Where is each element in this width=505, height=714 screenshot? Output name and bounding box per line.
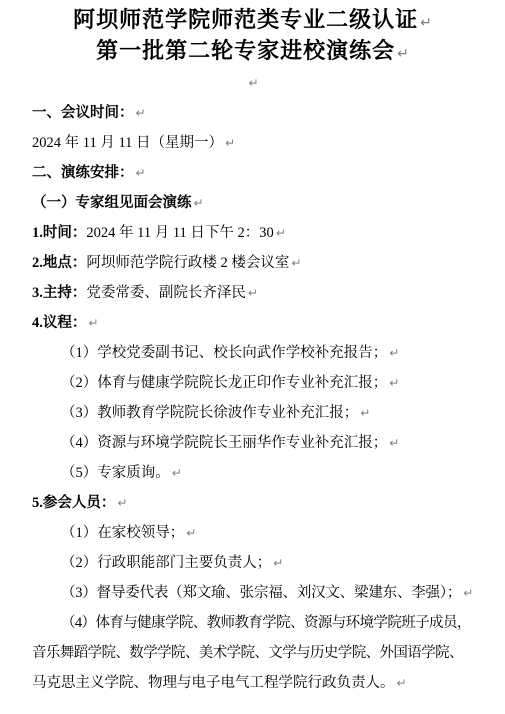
body-text: （5）专家质询。 (61, 465, 170, 481)
participants-item-1: （1）在家校领导；↵ (32, 518, 473, 548)
drill-time: 1.时间：2024 年 11 月 11 日下午 2：30↵ (32, 218, 473, 248)
participants-item-4-line-3: 马克思主义学院、物理与电子电气工程学院行政负责人。↵ (32, 668, 473, 698)
heading-agenda: 4.议程：↵ (32, 308, 473, 338)
agenda-item-1: （1）学校党委副书记、校长向武作学校补充报告；↵ (32, 338, 473, 368)
paragraph-mark: ↵ (360, 406, 370, 420)
paragraph-mark: ↵ (389, 376, 399, 390)
agenda-item-3: （3）教师教育学院院长徐波作专业补充汇报；↵ (32, 398, 473, 428)
paragraph-mark: ↵ (248, 286, 258, 300)
heading-text: （一）专家组见面会演练 (32, 195, 192, 211)
heading-text: 二、演练安排： (32, 165, 134, 181)
paragraph-mark: ↵ (420, 15, 432, 31)
paragraph-mark: ↵ (276, 226, 286, 240)
drill-host: 3.主持：党委常委、副院长齐泽民↵ (32, 278, 473, 308)
body-text: （3）教师教育学院院长徐波作专业补充汇报； (61, 405, 358, 421)
heading-participants: 5.参会人员：↵ (32, 488, 473, 518)
paragraph-mark: ↵ (389, 346, 399, 360)
drill-location: 2.地点：阿坝师范学院行政楼 2 楼会议室↵ (32, 248, 473, 278)
heading-text: 一、会议时间： (32, 105, 134, 121)
heading-meeting-time: 一、会议时间：↵ (32, 98, 473, 128)
paragraph-mark: ↵ (172, 466, 182, 480)
body-text: （2）行政职能部门主要负责人； (61, 555, 271, 571)
paragraph-mark: ↵ (136, 106, 146, 120)
paragraph-mark: ↵ (389, 436, 399, 450)
title-text: 阿坝师范学院师范类专业二级认证 (73, 7, 418, 32)
field-label: 1.时间： (32, 225, 86, 241)
agenda-item-2: （2）体育与健康学院院长龙正印作专业补充汇报；↵ (32, 368, 473, 398)
paragraph-mark: ↵ (88, 316, 98, 330)
field-value: 阿坝师范学院行政楼 2 楼会议室 (86, 255, 289, 271)
agenda-item-5: （5）专家质询。↵ (32, 458, 473, 488)
heading-text: 4.议程： (32, 315, 86, 331)
body-text: 2024 年 11 月 11 日（星期一） (32, 135, 223, 151)
heading-text: 5.参会人员： (32, 495, 115, 511)
participants-item-4-line-2: 音乐舞蹈学院、数学学院、美术学院、文学与历史学院、外国语学院、 (32, 638, 473, 668)
body-text: （3）督导委代表（郑文瑜、张宗福、刘汉文、梁建东、李强）； (61, 585, 461, 601)
paragraph-mark: ↵ (397, 676, 407, 690)
title-text: 第一批第二轮专家进校演练会 (96, 38, 395, 63)
paragraph-mark: ↵ (397, 46, 409, 62)
agenda-item-4: （4）资源与环境学院院长王丽华作专业补充汇报；↵ (32, 428, 473, 458)
participants-item-2: （2）行政职能部门主要负责人；↵ (32, 548, 473, 578)
heading-expert-group-meeting-drill: （一）专家组见面会演练↵ (32, 188, 473, 218)
participants-item-3: （3）督导委代表（郑文瑜、张宗福、刘汉文、梁建东、李强）；↵ (32, 578, 473, 608)
paragraph-mark: ↵ (291, 256, 301, 270)
body-text: （4）资源与环境学院院长王丽华作专业补充汇报； (61, 435, 387, 451)
field-label: 3.主持： (32, 285, 86, 301)
body-text: （4）体育与健康学院、教师教育学院、资源与环境学院班子成员， (61, 615, 471, 631)
document-title-line-1: 阿坝师范学院师范类专业二级认证↵ (32, 6, 473, 37)
meeting-date: 2024 年 11 月 11 日（星期一）↵ (32, 128, 473, 158)
paragraph-mark: ↵ (248, 76, 258, 90)
document-title-line-2: 第一批第二轮专家进校演练会↵ (32, 37, 473, 68)
heading-drill-arrangement: 二、演练安排：↵ (32, 158, 473, 188)
empty-paragraph: ↵ (32, 68, 473, 98)
paragraph-mark: ↵ (194, 196, 204, 210)
field-value: 2024 年 11 月 11 日下午 2：30 (86, 225, 273, 241)
paragraph-mark: ↵ (225, 136, 235, 150)
document-page: 阿坝师范学院师范类专业二级认证↵ 第一批第二轮专家进校演练会↵ ↵ 一、会议时间… (0, 0, 505, 714)
paragraph-mark: ↵ (463, 586, 473, 600)
paragraph-mark: ↵ (136, 166, 146, 180)
paragraph-mark: ↵ (273, 556, 283, 570)
body-text: （2）体育与健康学院院长龙正印作专业补充汇报； (61, 375, 387, 391)
body-text: （1）学校党委副书记、校长向武作学校补充报告； (61, 345, 387, 361)
body-text: （1）在家校领导； (61, 525, 184, 541)
body-text: 马克思主义学院、物理与电子电气工程学院行政负责人。 (32, 675, 395, 691)
body-text: 音乐舞蹈学院、数学学院、美术学院、文学与历史学院、外国语学院、 (32, 645, 463, 661)
field-value: 党委常委、副院长齐泽民 (86, 285, 246, 301)
paragraph-mark: ↵ (117, 496, 127, 510)
paragraph-mark: ↵ (186, 526, 196, 540)
document-content: 阿坝师范学院师范类专业二级认证↵ 第一批第二轮专家进校演练会↵ ↵ 一、会议时间… (0, 0, 505, 698)
participants-item-4-line-1: （4）体育与健康学院、教师教育学院、资源与环境学院班子成员， (32, 608, 473, 638)
field-label: 2.地点： (32, 255, 86, 271)
